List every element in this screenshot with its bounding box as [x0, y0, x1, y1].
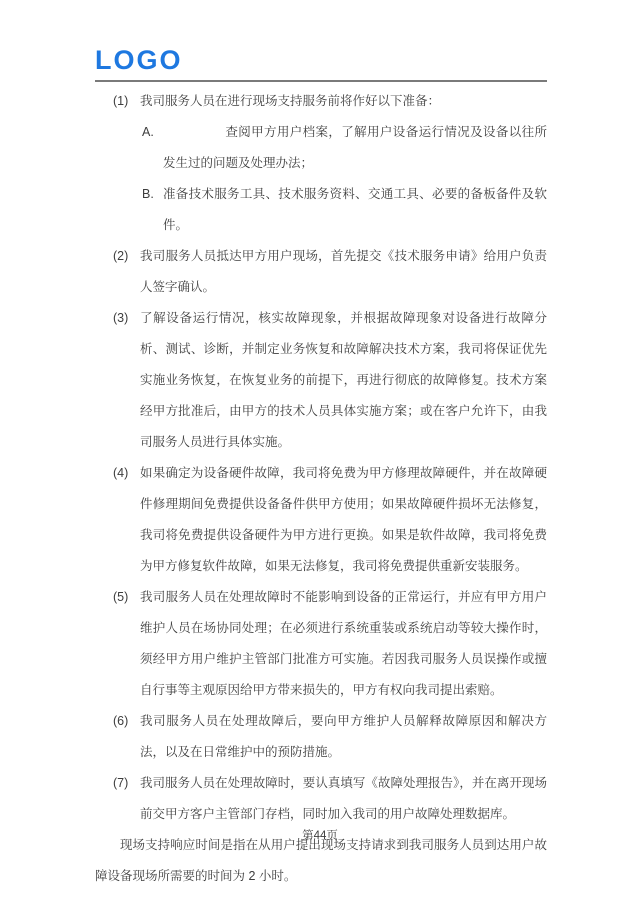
list-item-text: 我司服务人员在处理故障后，要向甲方维护人员解释故障原因和解决方法，以及在日常维护… [140, 706, 547, 768]
page-number: 第44页 [302, 830, 338, 842]
list-item-text: 我司服务人员在处理故障时，要认真填写《故障处理报告》，并在离开现场前交甲方客户主… [140, 768, 547, 830]
sub-list-item-b: B. 准备技术服务工具、技术服务资料、交通工具、必要的备板备件及软件。 [142, 179, 547, 241]
list-item-text: 了解设备运行情况，核实故障现象，并根据故障现象对设备进行故障分析、测试、诊断，并… [140, 303, 547, 458]
list-item-1: (1) 我司服务人员在进行现场支持服务前将作好以下准备： [113, 86, 547, 117]
sub-list-marker: B. [142, 179, 163, 241]
page-footer: 第44页 [0, 826, 640, 846]
sub-list-item-text: 查阅甲方用户档案，了解用户设备运行情况及设备以往所发生过的问题及处理办法； [163, 117, 547, 179]
header-divider [95, 80, 547, 82]
list-marker: (1) [113, 86, 140, 117]
sub-list-item-text: 准备技术服务工具、技术服务资料、交通工具、必要的备板备件及软件。 [163, 179, 547, 241]
list-item-3: (3) 了解设备运行情况，核实故障现象，并根据故障现象对设备进行故障分析、测试、… [113, 303, 547, 458]
list-item-2: (2) 我司服务人员抵达甲方用户现场，首先提交《技术服务申请》给用户负责人签字确… [113, 241, 547, 303]
list-item-text: 如果确定为设备硬件故障，我司将免费为甲方修理故障硬件，并在故障硬件修理期间免费提… [140, 458, 547, 582]
document-header: LOGO [95, 0, 547, 82]
list-marker: (7) [113, 768, 140, 830]
list-marker: (2) [113, 241, 140, 303]
list-item-text: 我司服务人员在进行现场支持服务前将作好以下准备： [140, 86, 547, 117]
list-marker: (3) [113, 303, 140, 458]
list-item-text: 我司服务人员在处理故障时不能影响到设备的正常运行，并应有甲方用户维护人员在场协同… [140, 582, 547, 706]
company-logo: LOGO [95, 45, 547, 75]
sub-list-marker: A. [142, 117, 163, 179]
sub-list-item-a: A. 查阅甲方用户档案，了解用户设备运行情况及设备以往所发生过的问题及处理办法； [142, 117, 547, 179]
sub-list-item-a-body: 查阅甲方用户档案，了解用户设备运行情况及设备以往所发生过的问题及处理办法； [163, 125, 547, 170]
list-item-7: (7) 我司服务人员在处理故障时，要认真填写《故障处理报告》，并在离开现场前交甲… [113, 768, 547, 830]
document-content: LOGO (1) 我司服务人员在进行现场支持服务前将作好以下准备： A. 查阅甲… [95, 0, 547, 892]
list-marker: (4) [113, 458, 140, 582]
tab-spacer [163, 135, 225, 136]
list-item-text: 我司服务人员抵达甲方用户现场，首先提交《技术服务申请》给用户负责人签字确认。 [140, 241, 547, 303]
list-item-6: (6) 我司服务人员在处理故障后，要向甲方维护人员解释故障原因和解决方法，以及在… [113, 706, 547, 768]
list-item-4: (4) 如果确定为设备硬件故障，我司将免费为甲方修理故障硬件，并在故障硬件修理期… [113, 458, 547, 582]
document-body: (1) 我司服务人员在进行现场支持服务前将作好以下准备： A. 查阅甲方用户档案… [95, 86, 547, 892]
document-page: LOGO (1) 我司服务人员在进行现场支持服务前将作好以下准备： A. 查阅甲… [0, 0, 640, 906]
list-marker: (5) [113, 582, 140, 706]
list-marker: (6) [113, 706, 140, 768]
list-item-5: (5) 我司服务人员在处理故障时不能影响到设备的正常运行，并应有甲方用户维护人员… [113, 582, 547, 706]
